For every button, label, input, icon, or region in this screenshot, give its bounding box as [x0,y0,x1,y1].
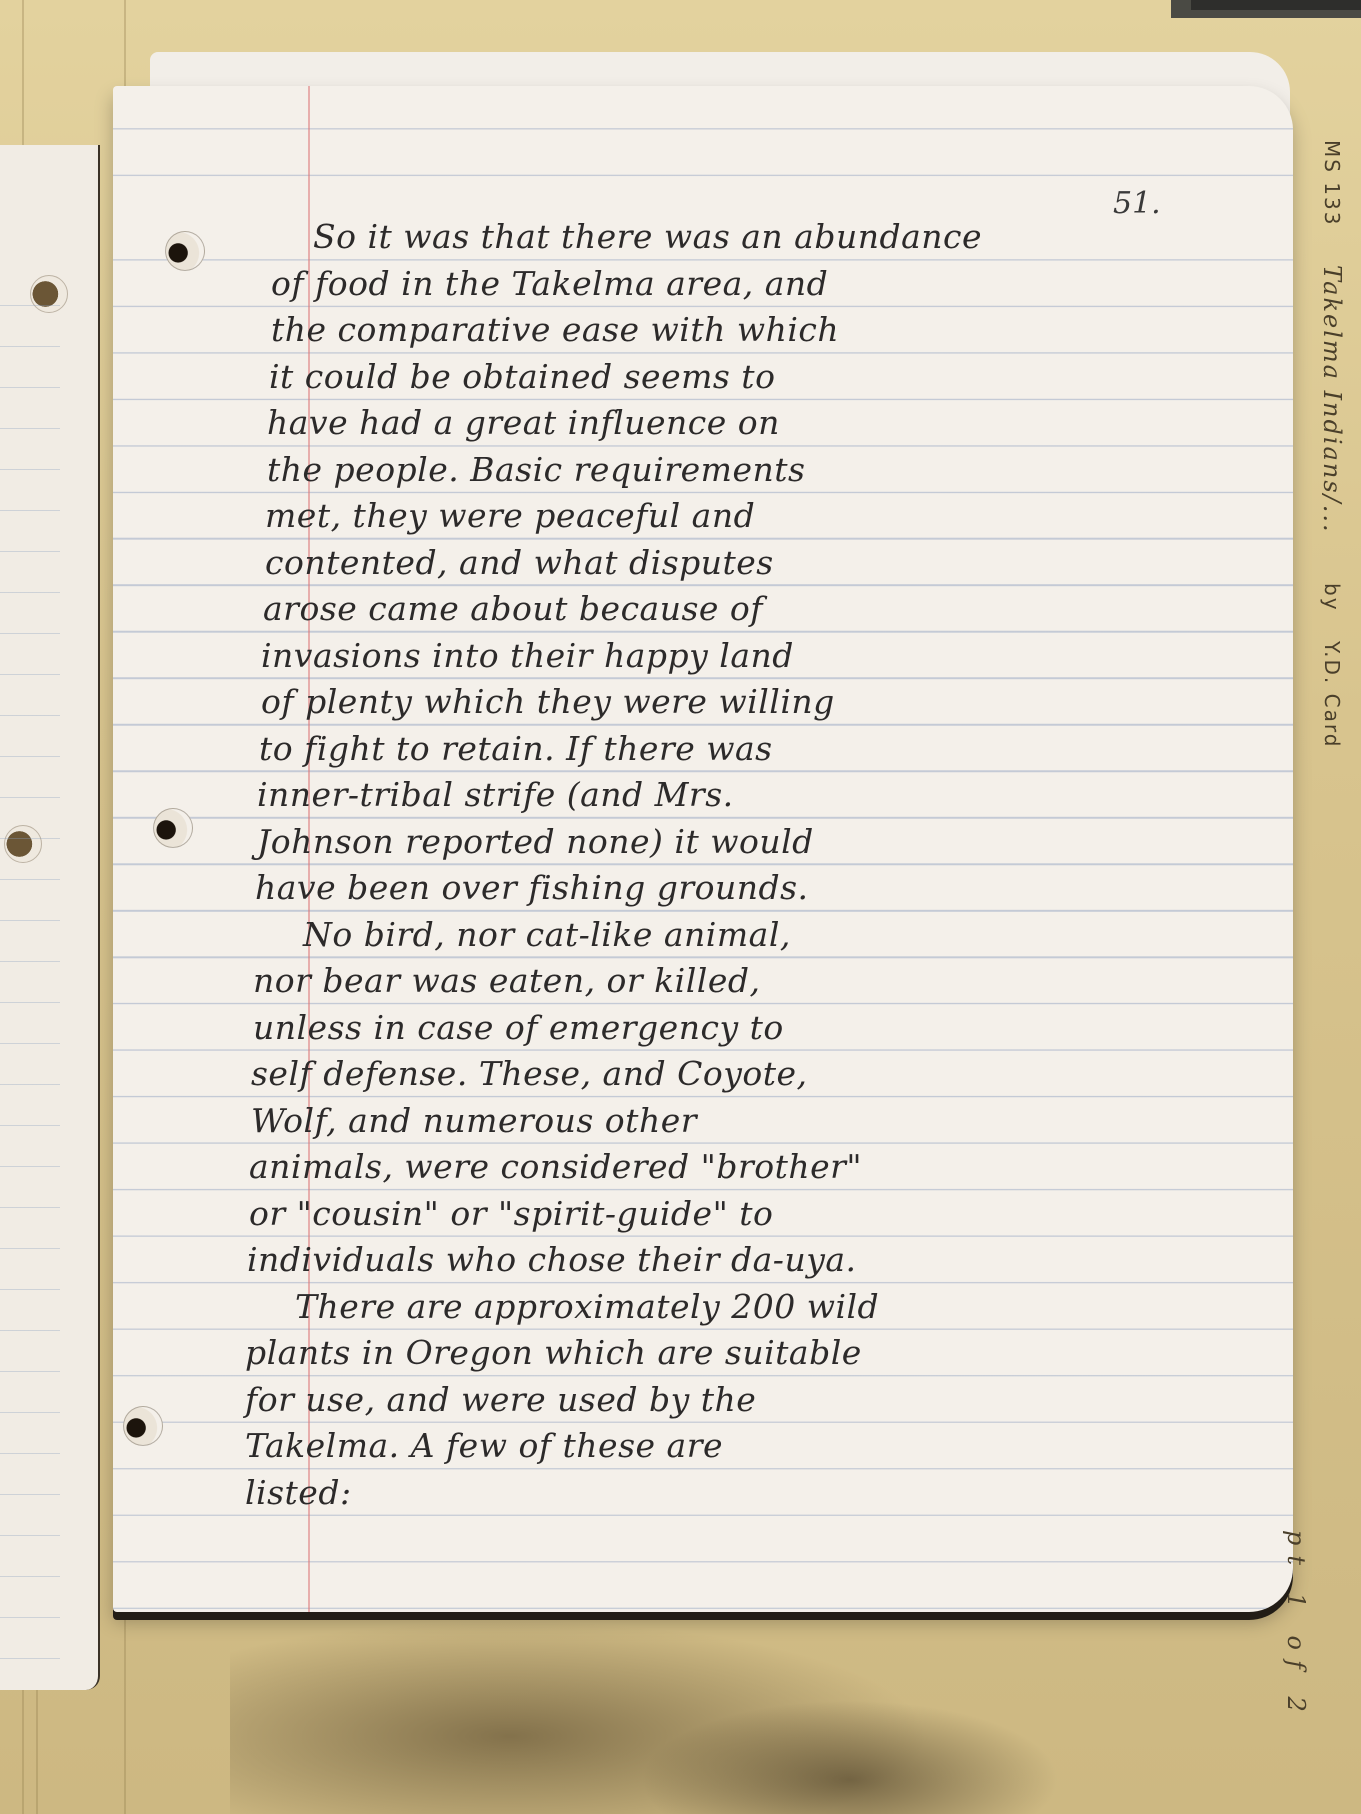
folder-label: MS 133 Takelma Indians/... by Y.D. Card [1318,140,1346,748]
text-line: contented, and what disputes [233,540,1243,587]
handwritten-text: So it was that there was an abundance of… [233,214,1243,1516]
text-line: for use, and were used by the [233,1377,1243,1424]
text-line: or "cousin" or "spirit-guide" to [233,1191,1243,1238]
text-line: inner-tribal strife (and Mrs. [233,772,1243,819]
text-line: Wolf, and numerous other [233,1098,1243,1145]
text-line: nor bear was eaten, or killed, [233,958,1243,1005]
punch-hole [30,275,68,313]
text-line: No bird, nor cat-like animal, [233,912,1243,959]
by-label: by [1320,583,1344,612]
text-line: met, they were peaceful and [233,493,1243,540]
text-line: arose came about because of [233,586,1243,633]
photographer-shadow [640,1700,1060,1814]
text-line: Johnson reported none) it would [233,819,1243,866]
text-line: have had a great influence on [233,400,1243,447]
text-line: of food in the Takelma area, and [233,261,1243,308]
text-line: self defense. These, and Coyote, [233,1051,1243,1098]
adjacent-page-stack [0,145,100,1690]
text-line: Takelma. A few of these are [233,1423,1243,1470]
author-name: Y.D. Card [1320,641,1344,748]
text-line: it could be obtained seems to [233,354,1243,401]
punch-hole [123,1406,163,1446]
text-line: individuals who chose their da-uya. [233,1237,1243,1284]
folder-edge [1171,0,1361,18]
text-line: of plenty which they were willing [233,679,1243,726]
text-line: the people. Basic requirements [233,447,1243,494]
text-line: There are approximately 200 wild [233,1284,1243,1331]
text-line: animals, were considered "brother" [233,1144,1243,1191]
text-line: listed: [233,1470,1243,1517]
collection-number: MS 133 [1320,140,1344,226]
text-line: have been over fishing grounds. [233,865,1243,912]
punch-hole [165,231,205,271]
text-line: plants in Oregon which are suitable [233,1330,1243,1377]
text-line: So it was that there was an abundance [233,214,1243,261]
punch-hole [153,808,193,848]
notebook-page: 51. So it was that there was an abundanc… [113,86,1293,1612]
text-line: the comparative ease with which [233,307,1243,354]
text-line: invasions into their happy land [233,633,1243,680]
folder-part-label: pt 1 of 2 [1282,1530,1310,1722]
text-line: to fight to retain. If there was [233,726,1243,773]
text-line: unless in case of emergency to [233,1005,1243,1052]
folder-title: Takelma Indians/... [1318,265,1346,534]
punch-hole [4,825,42,863]
